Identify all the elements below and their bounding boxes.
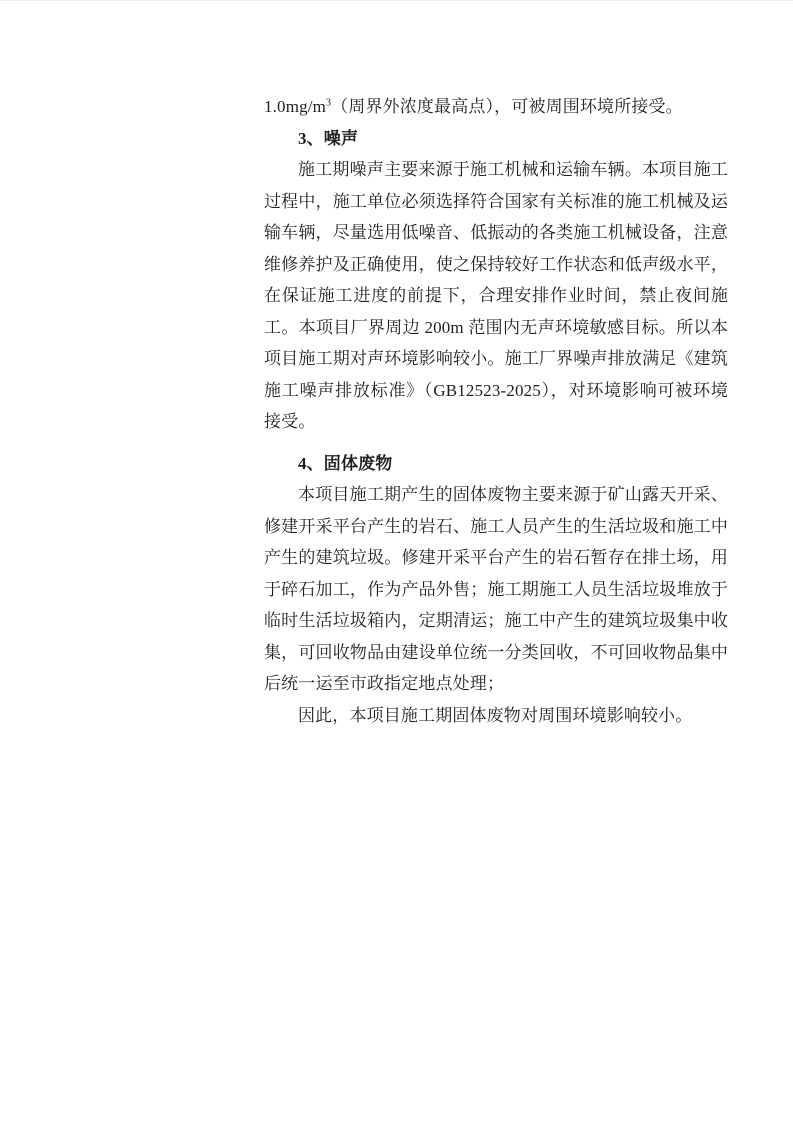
paragraph-continuation: 1.0mg/m3（周界外浓度最高点），可被周围环境所接受。	[264, 91, 728, 123]
paragraph-noise: 施工期噪声主要来源于施工机械和运输车辆。本项目施工过程中，施工单位必须选择符合国…	[264, 154, 728, 438]
paragraph-solid-waste: 本项目施工期产生的固体废物主要来源于矿山露天开采、修建开采平台产生的岩石、施工人…	[264, 479, 728, 700]
continuation-text: （周界外浓度最高点），可被周围环境所接受。	[331, 97, 683, 116]
heading-solid-waste: 4、固体废物	[264, 448, 728, 480]
document-page: 1.0mg/m3（周界外浓度最高点），可被周围环境所接受。 3、噪声 施工期噪声…	[0, 0, 793, 1122]
heading-noise: 3、噪声	[264, 123, 728, 155]
measurement-value: 1.0mg/m	[264, 97, 326, 116]
text-column: 1.0mg/m3（周界外浓度最高点），可被周围环境所接受。 3、噪声 施工期噪声…	[264, 91, 728, 731]
paragraph-solid-waste-conclusion: 因此，本项目施工期固体废物对周围环境影响较小。	[264, 700, 728, 732]
